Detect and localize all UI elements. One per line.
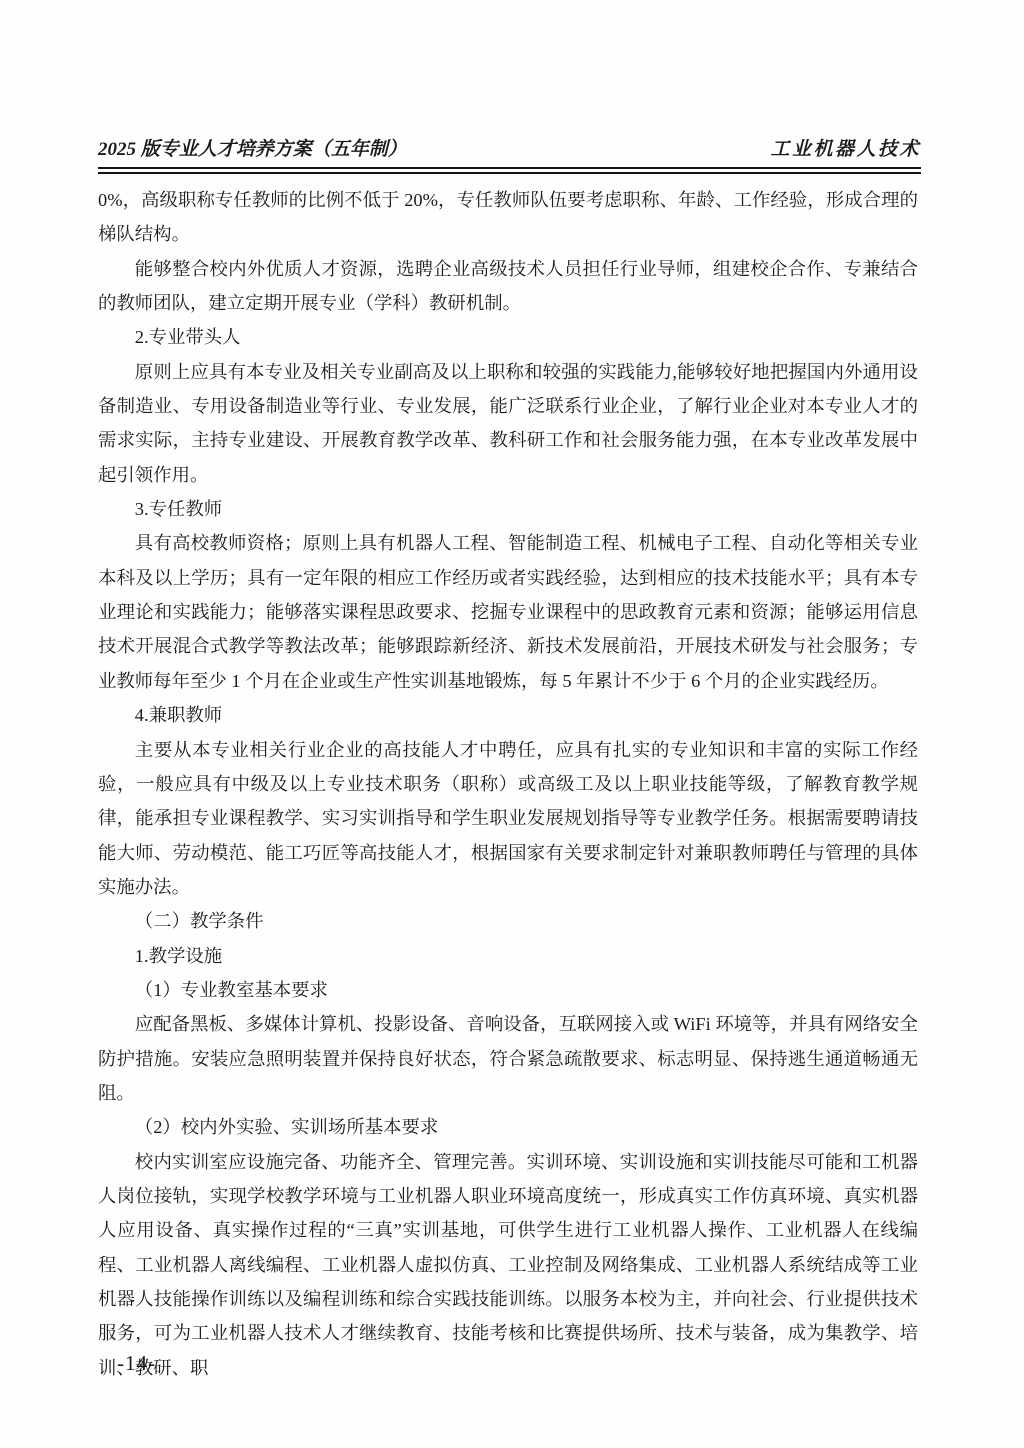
heading-2-training-site-requirements: （2）校内外实验、实训场所基本要求	[98, 1110, 918, 1144]
para-training-site-description: 校内实训室应设施完备、功能齐全、管理完善。实训环境、实训设施和实训技能尽可能和工…	[98, 1145, 918, 1385]
para-program-leader-requirements: 原则上应具有本专业及相关专业副高及以上职称和较强的实践能力,能够较好地把握国内外…	[98, 355, 918, 492]
para-team-building: 能够整合校内外优质人才资源，选聘企业高级技术人员担任行业导师，组建校企合作、专兼…	[98, 252, 918, 321]
header-right-title: 工业机器人技术	[770, 138, 921, 162]
para-parttime-teacher-requirements: 主要从本专业相关行业企业的高技能人才中聘任，应具有扎实的专业知识和丰富的实际工作…	[98, 733, 918, 905]
page-header: 2025 版专业人才培养方案（五年制） 工业机器人技术	[98, 138, 921, 174]
heading-section-2-teaching-conditions: （二）教学条件	[98, 904, 918, 938]
heading-4-parttime-teachers: 4.兼职教师	[98, 698, 918, 732]
heading-3-fulltime-teachers: 3.专任教师	[98, 492, 918, 526]
para-continuation: 0%，高级职称专任教师的比例不低于 20%，专任教师队伍要考虑职称、年龄、工作经…	[98, 183, 918, 252]
heading-1-classroom-requirements: （1）专业教室基本要求	[98, 973, 918, 1007]
heading-1-teaching-facilities: 1.教学设施	[98, 939, 918, 973]
page-footer: -14-	[117, 1350, 156, 1376]
document-body: 0%，高级职称专任教师的比例不低于 20%，专任教师队伍要考虑职称、年龄、工作经…	[98, 183, 918, 1385]
para-classroom-equipment: 应配备黑板、多媒体计算机、投影设备、音响设备，互联网接入或 WiFi 环境等，并…	[98, 1007, 918, 1110]
heading-2-program-leader: 2.专业带头人	[98, 320, 918, 354]
page-number: -14-	[117, 1351, 156, 1375]
document-page: 2025 版专业人才培养方案（五年制） 工业机器人技术 0%，高级职称专任教师的…	[0, 0, 1024, 1448]
para-fulltime-teacher-requirements: 具有高校教师资格；原则上具有机器人工程、智能制造工程、机械电子工程、自动化等相关…	[98, 526, 918, 698]
header-left-title: 2025 版专业人才培养方案（五年制）	[98, 138, 407, 162]
